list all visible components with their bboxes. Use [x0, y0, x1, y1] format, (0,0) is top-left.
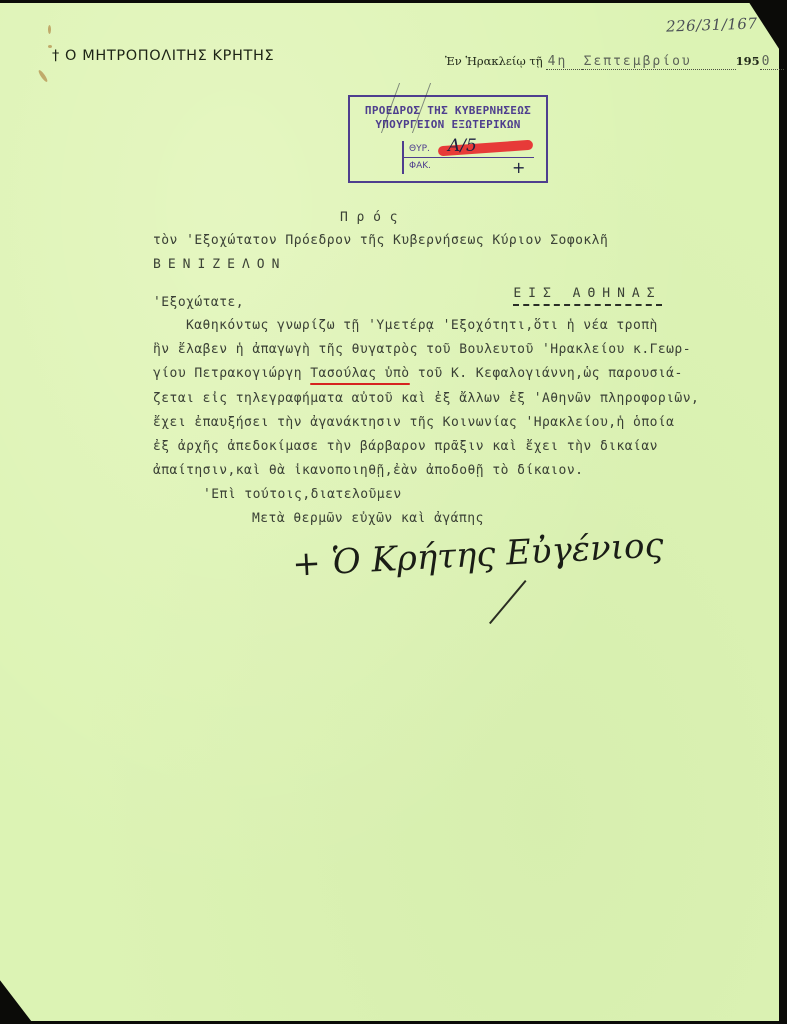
- archive-number: 226/31/167: [666, 14, 758, 35]
- dateline: Ἐν Ἡρακλείῳ τῇ 4η Σεπτεμβρίου 195 0: [445, 54, 784, 70]
- dateline-prefix: Ἐν Ἡρακλείῳ τῇ: [445, 54, 543, 68]
- body-line-5: ἔχει ἐπαυξήσει τὴν ἀγανάκτησιν τῆς Κοινω…: [153, 415, 674, 430]
- handwritten-cross: +: [512, 158, 525, 177]
- date-month: Σεπτεμβρίου: [582, 54, 736, 70]
- rust-stain: [37, 69, 48, 83]
- body-line-4: ζεται εἰς τηλεγραφήματα αὐτοῦ καὶ ἐξ ἄλλ…: [153, 391, 699, 406]
- addressee-pros: Π ρ ό ς: [340, 210, 398, 225]
- date-day: 4η: [546, 54, 582, 70]
- red-underlined-name: Τασούλας ὑπὸ: [310, 366, 409, 381]
- date-year-suffix: 0: [760, 54, 784, 70]
- body-line-3: γίου Πετρακογιώργη Τασούλας ὑπὸ τοῦ Κ. Κ…: [153, 366, 683, 381]
- destination: ΕΙΣ ΑΘΗΝΑΣ: [454, 271, 662, 316]
- rust-stain: [48, 25, 51, 34]
- closing-line-2: Μετὰ θερμῶν εὐχῶν καὶ ἀγάπης: [252, 511, 484, 526]
- body-line-6: ἐξ ἀρχῆς ἀπεδοκίμασε τὴν βάρβαρον πρᾶξιν…: [153, 439, 658, 454]
- body-line-3-post: τοῦ Κ. Κεφαλογιάννη,ὡς παρουσιά-: [410, 366, 683, 381]
- salutation: 'Εξοχώτατε,: [153, 295, 244, 310]
- body-line-3-pre: γίου Πετρακογιώργη: [153, 366, 310, 381]
- destination-text: ΕΙΣ ΑΘΗΝΑΣ: [513, 286, 661, 306]
- ministry-stamp: ΠΡΟΕΔΡΟΣ ΤΗΣ ΚΥΒΕΡΝΗΣΕΩΣ ΥΠΟΥΡΓΕΙΟΝ ΕΞΩΤ…: [348, 95, 548, 183]
- addressee-surname: ΒΕΝΙΖΕΛΟΝ: [153, 257, 286, 272]
- scanned-letter: † Ο ΜΗΤΡΟΠΟΛΙΤΗΣ ΚΡΗΤΗΣ 226/31/167 Ἐν Ἡρ…: [0, 0, 787, 1024]
- closing-line-1: 'Επὶ τούτοις,διατελοῦμεν: [203, 487, 402, 502]
- body-line-1: Καθηκόντως γνωρίζω τῇ 'Υμετέρᾳ 'Εξοχότητ…: [186, 318, 658, 333]
- stamp-line-2: ΥΠΟΥΡΓΕΙΟΝ ΕΞΩΤΕΡΙΚΩΝ: [350, 118, 546, 132]
- addressee-line: τὸν 'Εξοχώτατον Πρόεδρον τῆς Κυβερνήσεως…: [153, 233, 608, 248]
- handwritten-reference: A/5: [448, 136, 477, 156]
- body-line-2: ἣν ἔλαβεν ἡ ἀπαγωγὴ τῆς θυγατρὸς τοῦ Βου…: [153, 342, 691, 357]
- date-year-prefix: 195: [736, 54, 760, 68]
- letterhead: † Ο ΜΗΤΡΟΠΟΛΙΤΗΣ ΚΡΗΤΗΣ: [52, 48, 274, 64]
- stamp-line-1: ΠΡΟΕΔΡΟΣ ΤΗΣ ΚΥΒΕΡΝΗΣΕΩΣ: [350, 104, 546, 118]
- body-line-7: ἀπαίτησιν,καὶ θὰ ἱκανοποιηθῇ,ἐὰν ἀποδοθῇ…: [153, 463, 583, 478]
